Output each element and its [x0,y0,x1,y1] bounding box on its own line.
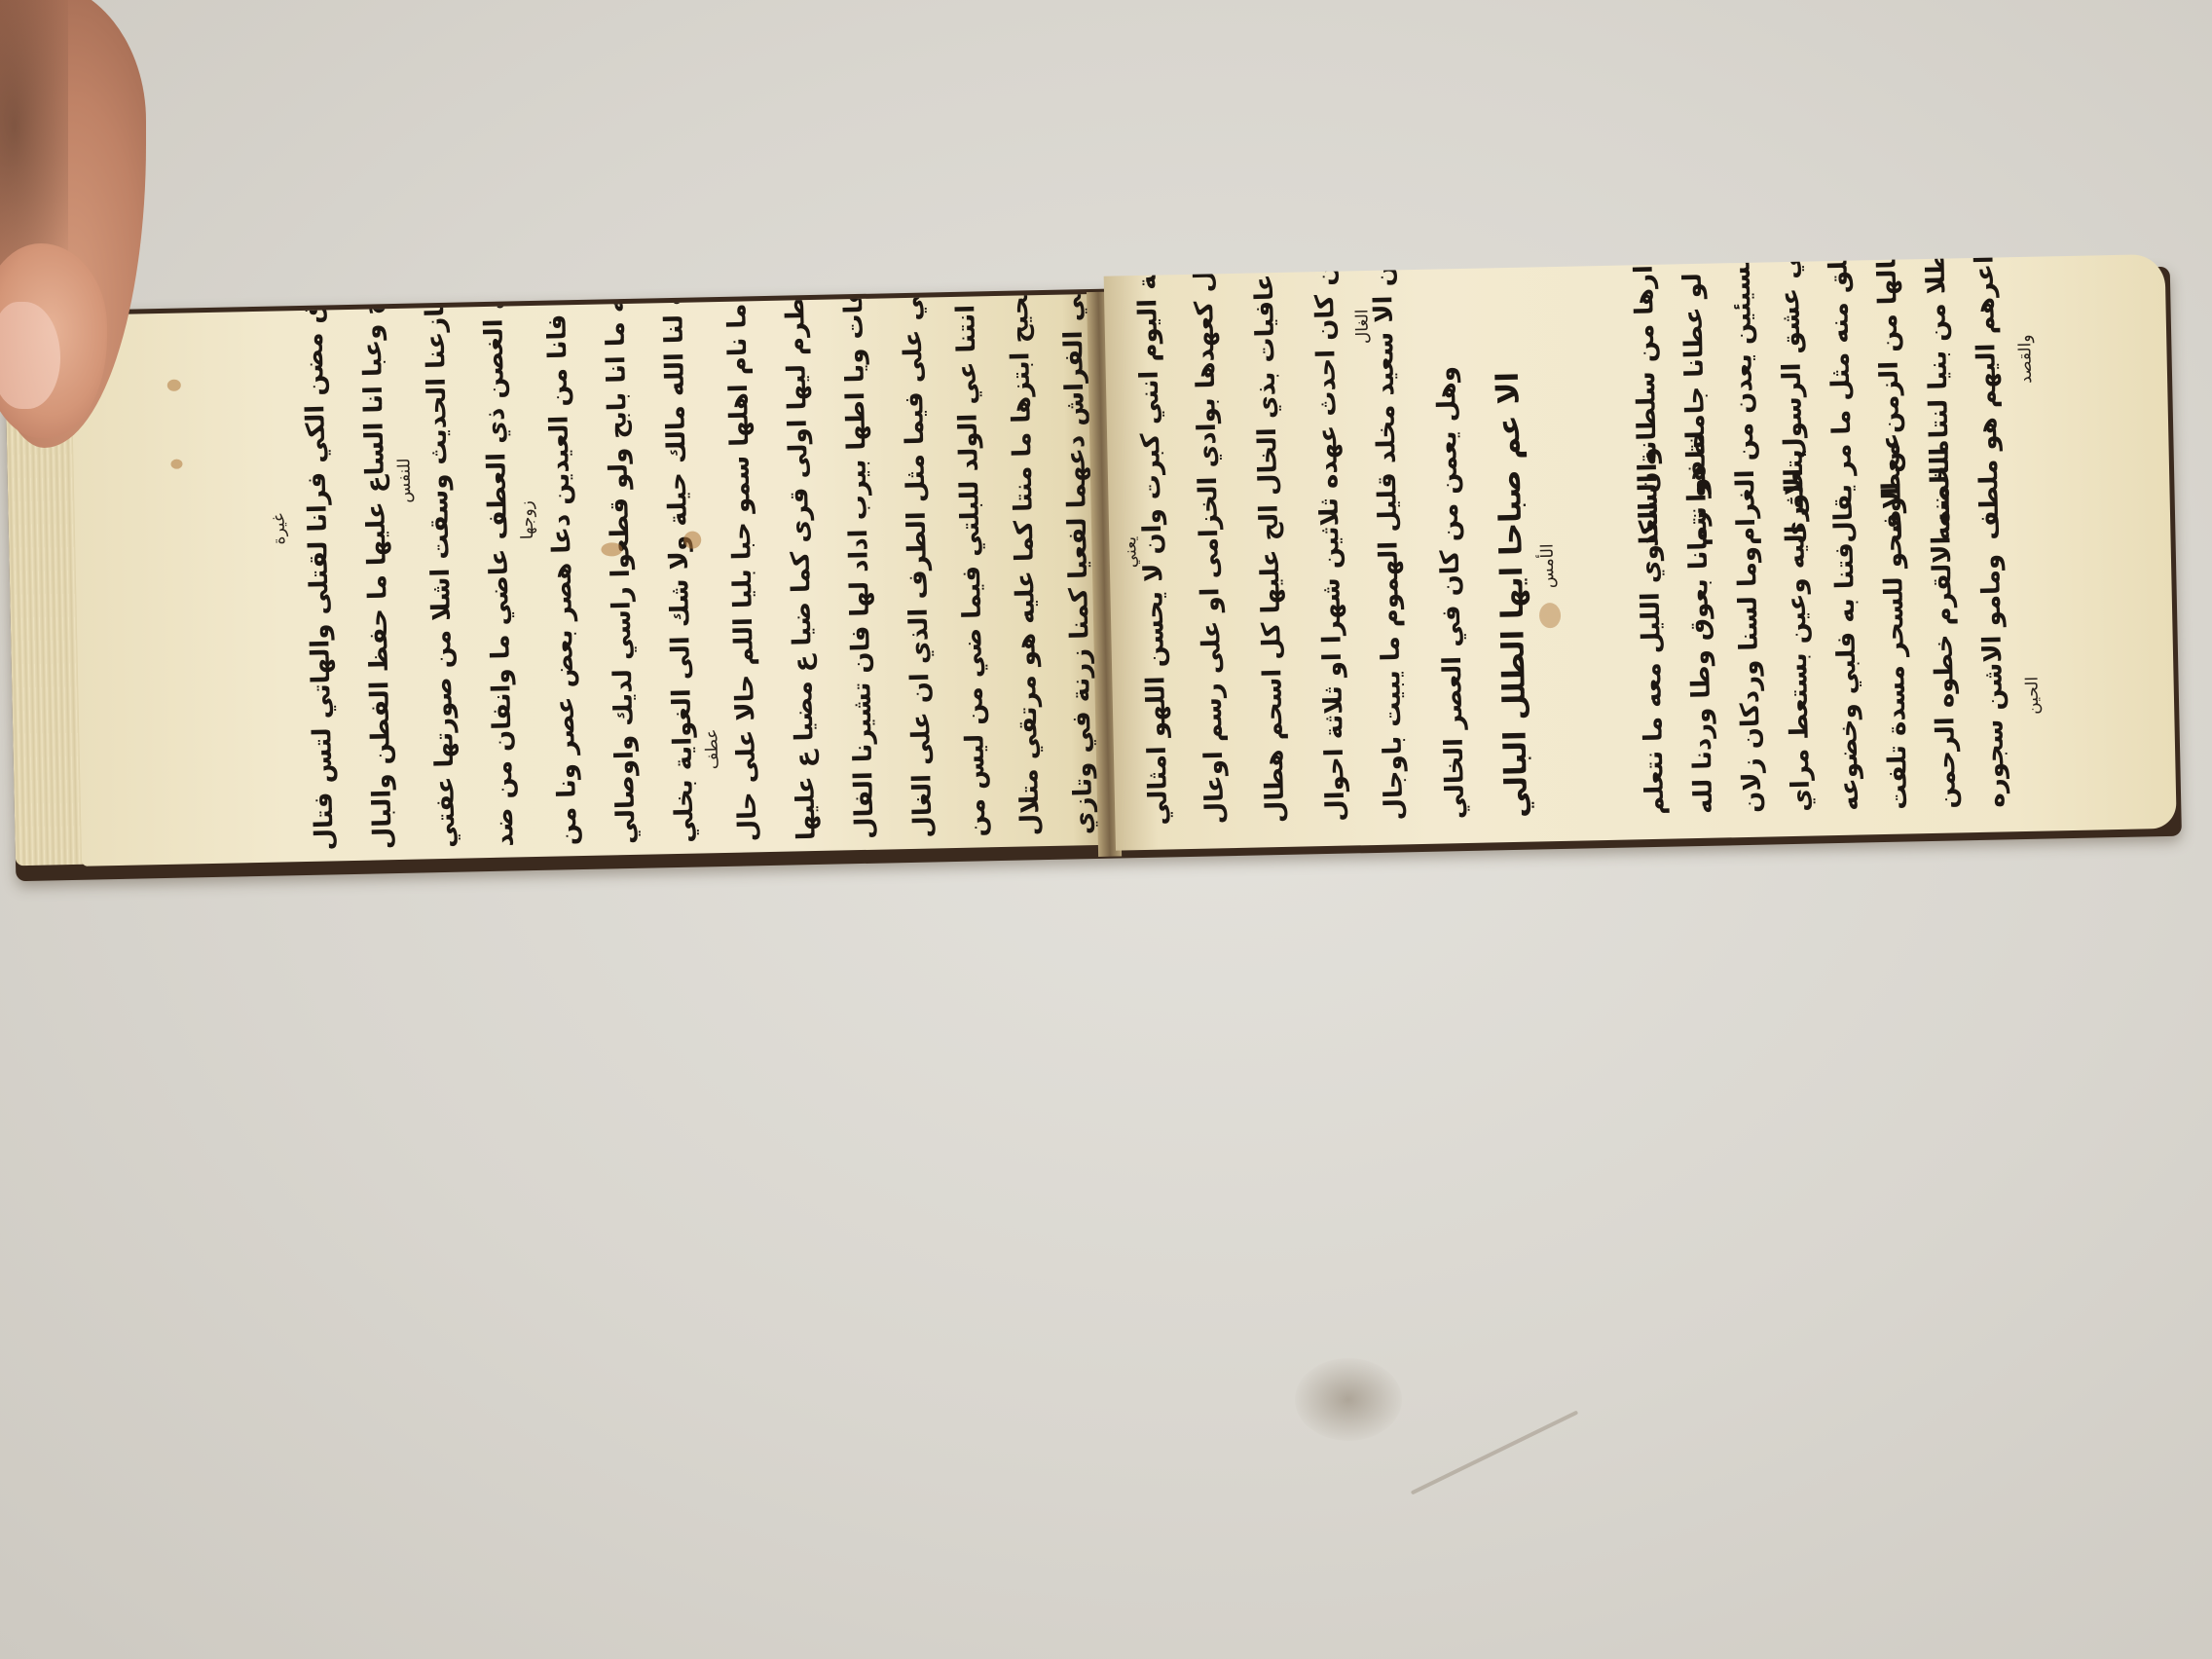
foxing-spot [167,380,181,391]
text-line: ومامو الاشن سجوره [1976,554,2010,808]
text-line: على كل السيئين يعدن من الغرام [1724,254,1762,545]
marginal-note: الأمس [1538,543,1559,588]
text-line: وهل يعمن من كان احدث عهده ثلاثين شهرا او… [1307,254,1350,822]
text-line: فقالت لنا الله مالك حيلة ولا شك الى الغو… [657,294,699,843]
marginal-note: زوجها [517,500,537,539]
open-manuscript: بنجي الفراش دعهما لفعيا كمنا زرنة في وتا… [3,233,2182,910]
text-line: فتعلق منه مثل ما مر يقال [1824,254,1860,543]
foxing-spot [683,531,701,548]
photo-scene: بنجي الفراش دعهما لفعيا كمنا زرنة في وتا… [0,0,2212,1659]
text-line: فتنا به فلبي وخضوعه [1830,542,1865,811]
text-line: حمدي الى الغصن ذي العطف عاضي ما وانفان م… [477,294,520,847]
text-line: الذي كان يحلو صار مقالها من الزمن معطوف [1867,254,1908,542]
text-line: ديار لسلمى عافيات بذي الخال الح عليها كل… [1246,254,1290,824]
text-line: اذا ما الفحيح ابتزها ما منتا كما عليه هو… [1003,294,1046,836]
marginal-note: للنفس [394,458,415,503]
text-line: يفوق مضن الكي فرانا لقتلى والهاتي لتس فت… [298,294,340,851]
foxing-spot [170,460,182,469]
text-line: نحو رها ما وادي عات ويا اطها بيرب اداد ل… [834,294,879,839]
text-line: ومن لعين من اعرهم اليهم هو ملطف [1967,254,2006,540]
marginal-note: غيرة [270,513,290,545]
marginal-note: والقصد [2015,334,2036,384]
text-line: وما لسنا وردكان زلان [1733,546,1768,813]
marginal-note: الغال [1352,309,1373,344]
text-line: صحت بها مضح وعبا انا الساع عليها ما حفظ … [353,294,397,850]
text-line: اذا ما شيئا كما فيه ضي على فيما مثل الطر… [892,294,938,838]
marginal-note: الحين [2022,677,2043,715]
surface-stain [1295,1358,1402,1441]
text-line: وتحسب سلمى لا تزال كعهدها بوادي الخزامى … [1184,254,1230,825]
text-line: فقلت يمين الله ما انا بابح ولو قطعوا راس… [597,294,642,844]
text-line: فلما تنازعنا الحديث وسقت اشلا من صورتها … [419,294,461,848]
foxing-spot [1539,603,1562,628]
text-line: فما دارها من سلطانة السعد [1628,254,1664,547]
left-page: بنجي الفراش دعهما لفعيا كمنا زرنة في وتا… [70,294,1104,866]
text-line: نا عاضي اشغاف اللمس في عشق الرسول الاثرى [1769,254,1811,544]
marginal-note: يعني [1121,536,1141,569]
text-line: نصطلا من بنيا لنتا الخضمه [1921,254,1957,541]
surface-scratch [1411,1411,1579,1495]
text-line: كسنعص انتنا عي الولد للبلتي فيما ضي من ل… [949,294,992,837]
text-line: فانا من العيدين دعا هصر بعض عصر ونا من [542,313,582,845]
text-line: وهل يعمن من كان في العصر الخالي [1432,366,1471,820]
text-line: نا مسعى لو عطانا جاملة هو نتم [1676,254,1713,546]
text-line: سعى اليها بعد ما نام اهلها سمو حبا بليا … [719,294,763,842]
finger-shadow [0,0,68,273]
marginal-note: عطف [702,728,722,769]
right-page: الا زعمت بسباسة اليوم انني كبرت وان لا ي… [1104,254,2177,851]
poem-heading: الا عم صباحا ايها الطلل البالي [1491,372,1535,819]
text-line: نطرم ليها اولى قرى كما ضيا ع مضيا ع عليه… [781,294,822,841]
